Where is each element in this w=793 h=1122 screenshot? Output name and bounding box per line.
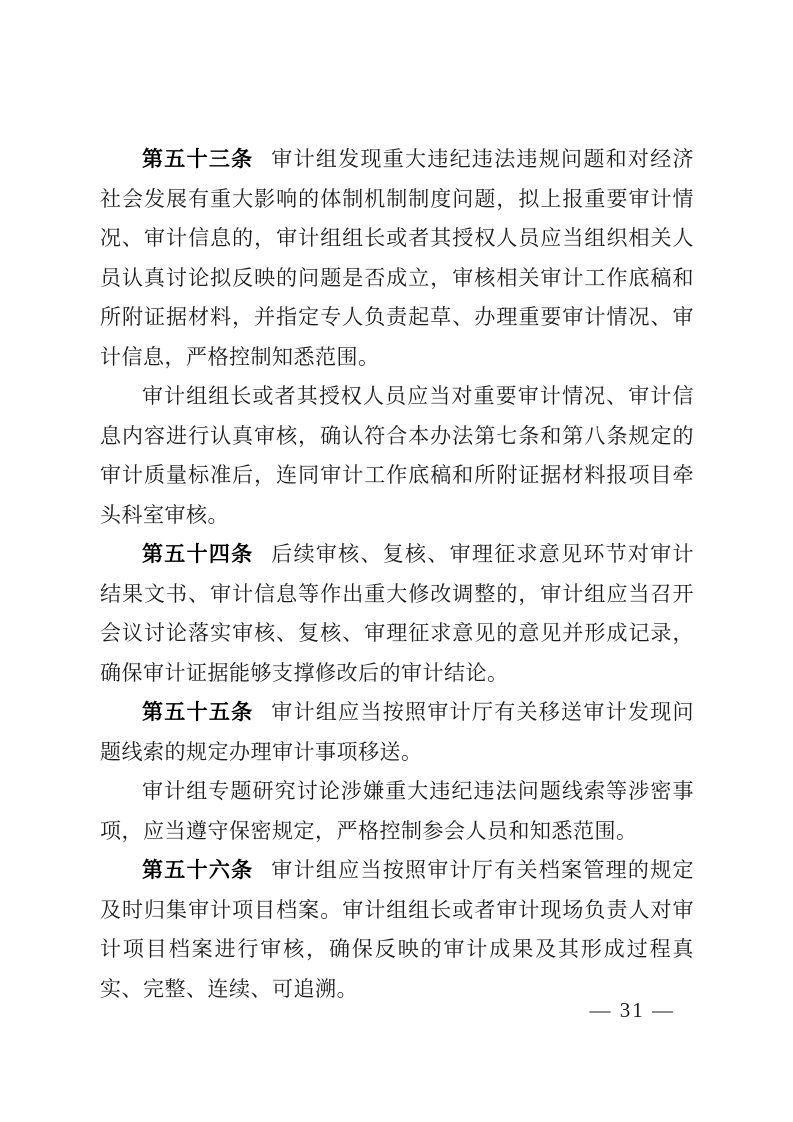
article-text: 审计组专题研究讨论涉嫌重大违纪违法问题线索等涉密事项，应当遵守保密规定，严格控制…: [100, 779, 694, 843]
article-paragraph: 第五十六条审计组应当按照审计厅有关档案管理的规定及时归集审计项目档案。审计组组长…: [100, 851, 694, 1009]
article-paragraph: 审计组组长或者其授权人员应当对重要审计情况、审计信息内容进行认真审核，确认符合本…: [100, 377, 694, 535]
article-text: 审计组组长或者其授权人员应当对重要审计情况、审计信息内容进行认真审核，确认符合本…: [100, 384, 694, 527]
article-number: 第五十五条: [142, 700, 253, 724]
article-paragraph: 第五十四条后续审核、复核、审理征求意见环节对审计结果文书、审计信息等作出重大修改…: [100, 535, 694, 693]
document-body: 第五十三条审计组发现重大违纪违法违规问题和对经济社会发展有重大影响的体制机制制度…: [100, 140, 694, 1009]
article-text: 审计组发现重大违纪违法违规问题和对经济社会发展有重大影响的体制机制制度问题，拟上…: [100, 147, 694, 369]
article-paragraph: 审计组专题研究讨论涉嫌重大违纪违法问题线索等涉密事项，应当遵守保密规定，严格控制…: [100, 772, 694, 851]
article-number: 第五十三条: [142, 147, 253, 171]
article-paragraph: 第五十五条审计组应当按照审计厅有关移送审计发现问题线索的规定办理审计事项移送。: [100, 693, 694, 772]
article-number: 第五十四条: [142, 542, 253, 566]
article-number: 第五十六条: [142, 858, 253, 882]
page-number: — 31 —: [590, 998, 676, 1023]
document-page: 第五十三条审计组发现重大违纪违法违规问题和对经济社会发展有重大影响的体制机制制度…: [0, 0, 793, 1122]
article-paragraph: 第五十三条审计组发现重大违纪违法违规问题和对经济社会发展有重大影响的体制机制制度…: [100, 140, 694, 377]
